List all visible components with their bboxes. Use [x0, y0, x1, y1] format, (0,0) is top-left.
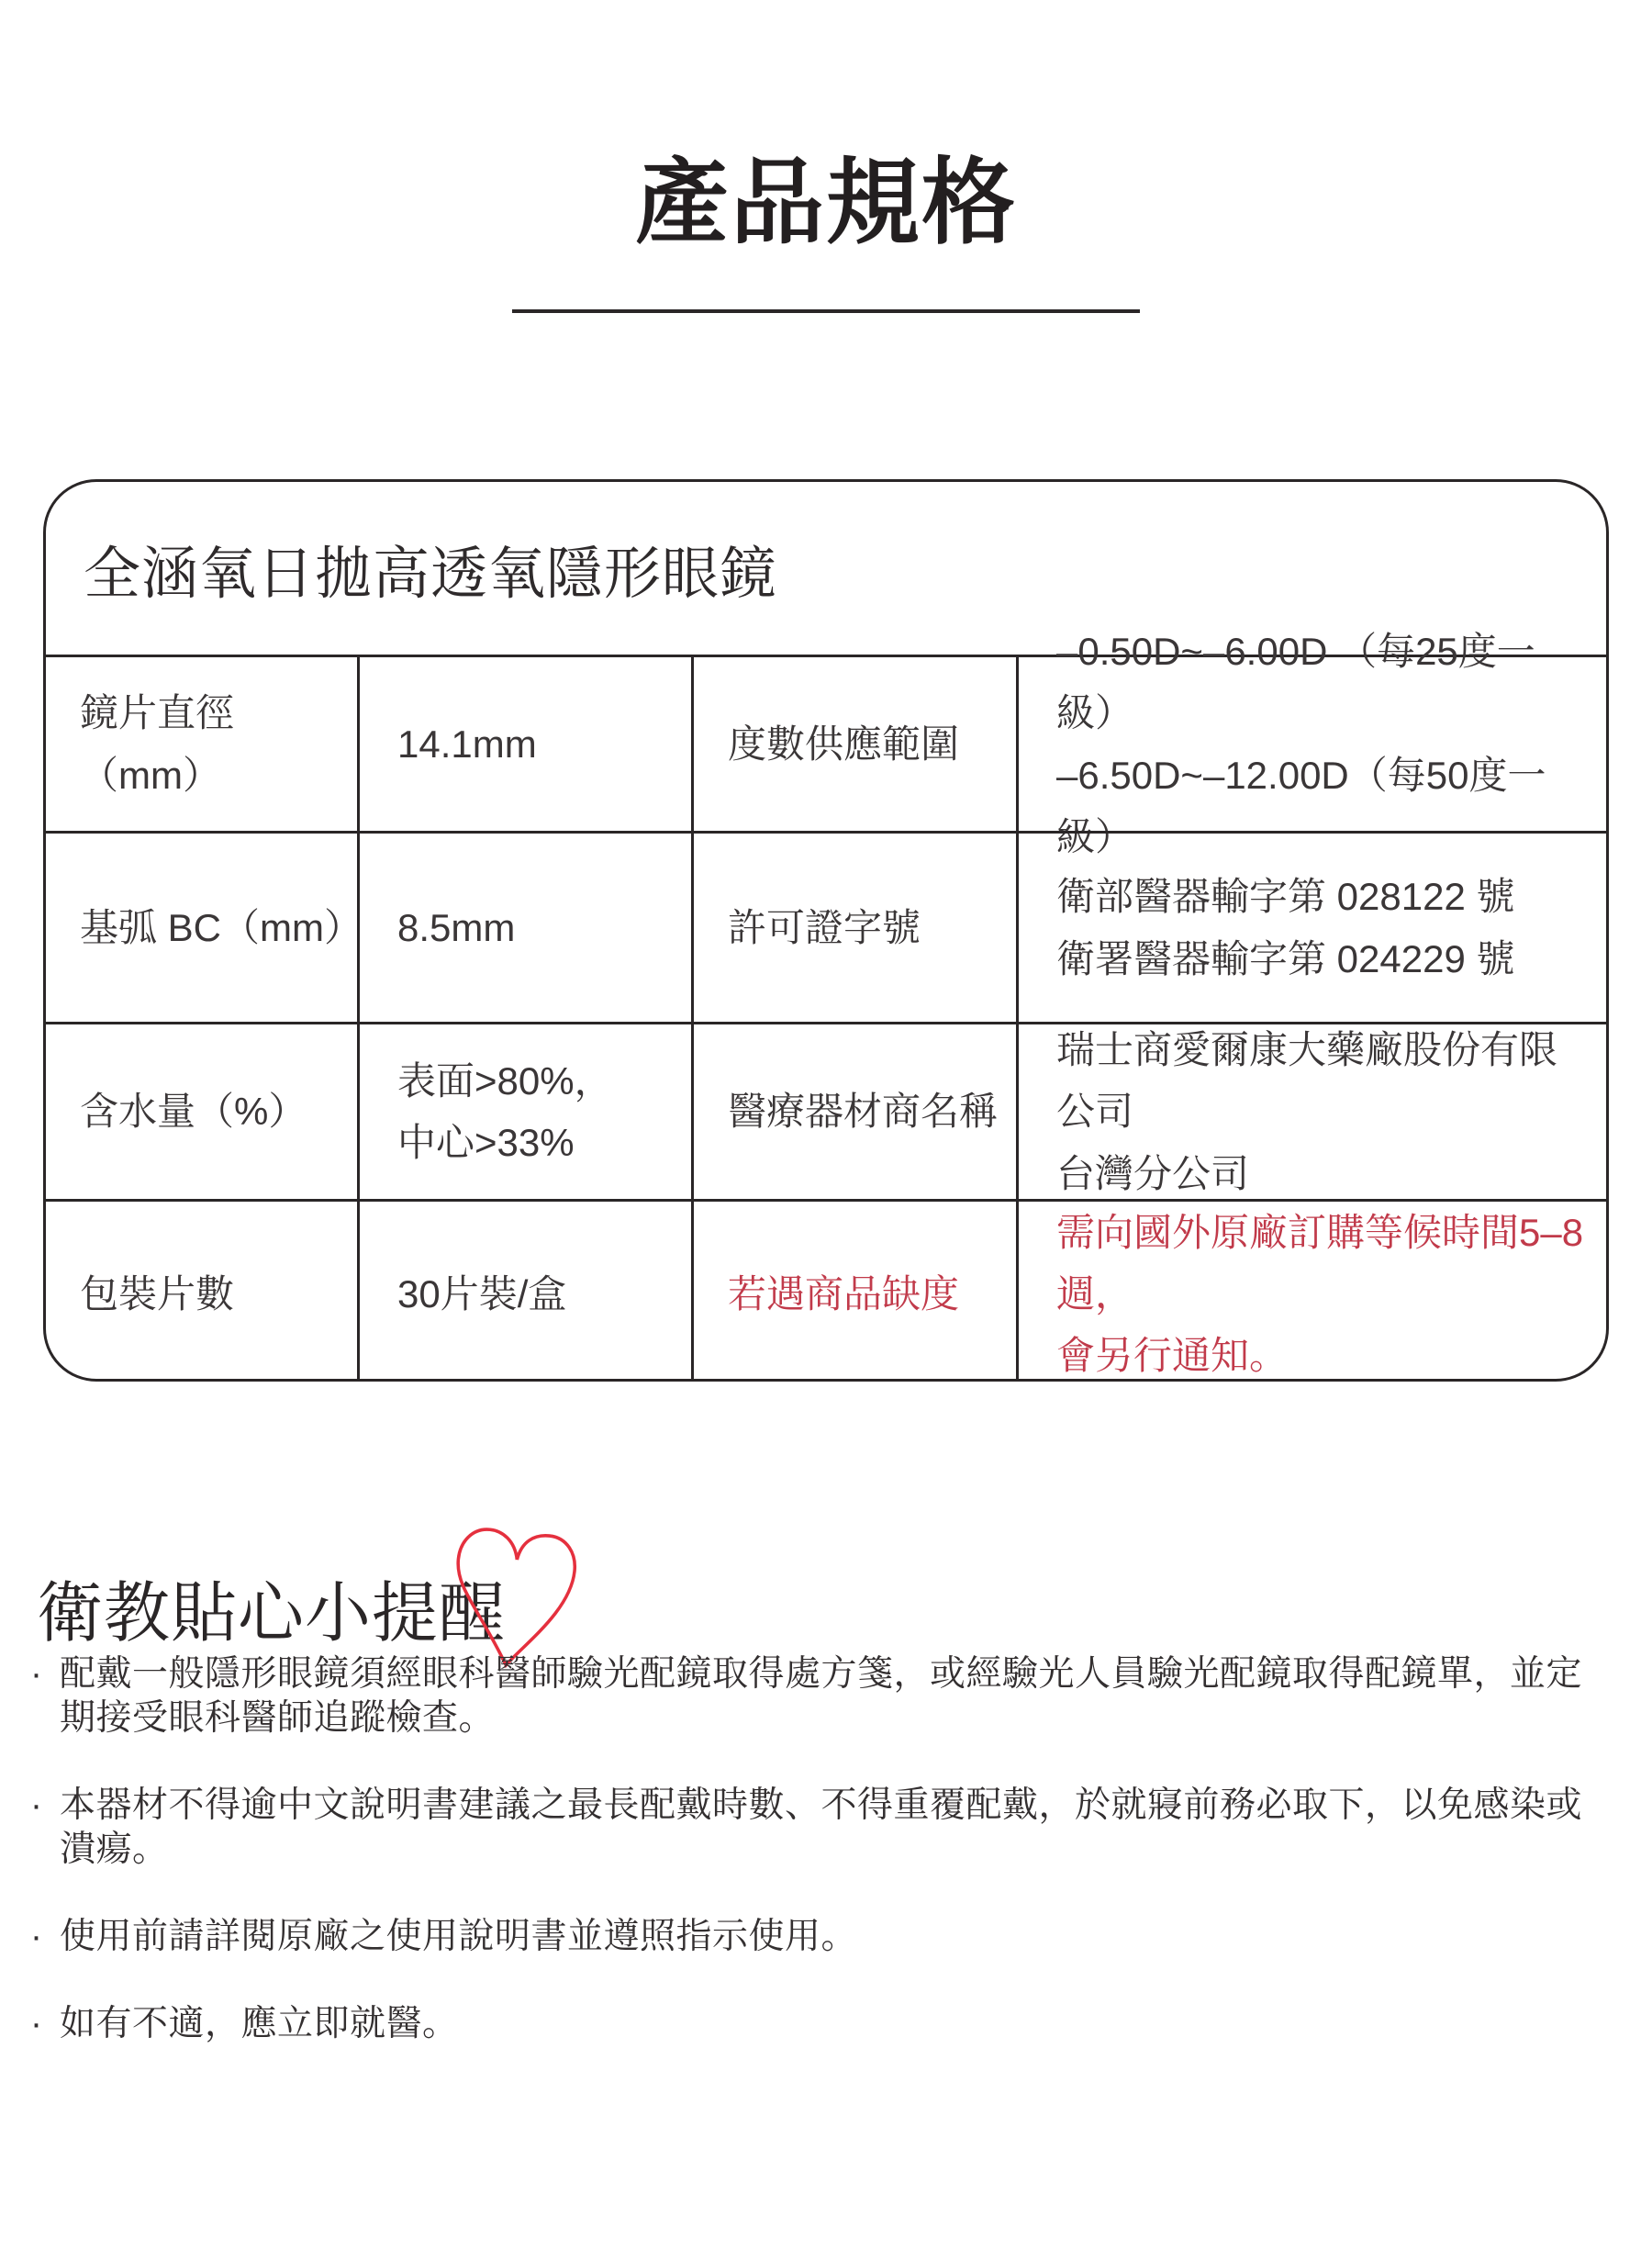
bullet-dot: ·: [30, 1915, 60, 1959]
spec-label-out-of-stock: 若遇商品缺度: [691, 1199, 1016, 1382]
spec-table: 全涵氧日拋高透氧隱形眼鏡 鏡片直徑（mm） 14.1mm 度數供應範圍 –0.5…: [43, 479, 1609, 1382]
spec-value-text: 14.1mm: [397, 713, 537, 775]
note-text: 如有不適，應立即就醫。: [60, 2002, 459, 2046]
list-item: · 使用前請詳閱原廠之使用說明書並遵照指示使用。: [30, 1915, 1632, 1959]
spec-value-text: 瑞士商愛爾康大藥廠股份有限公司 台灣分公司: [1056, 1019, 1593, 1204]
spec-label-lens-diameter: 鏡片直徑（mm）: [46, 655, 357, 831]
page-title: 產品規格: [0, 145, 1652, 263]
spec-value-text: 表面>80%， 中心>33%: [397, 1050, 613, 1173]
spec-label-text: 包裝片數: [80, 1263, 234, 1325]
spec-value-pack-count: 30片裝/盒: [357, 1199, 691, 1382]
health-notes-heading: 衛教貼心小提醒: [37, 1563, 506, 1666]
bullet-dot: ·: [30, 1652, 60, 1741]
list-item: · 本器材不得逾中文說明書建議之最長配戴時數、不得重覆配戴，於就寢前務必取下，以…: [30, 1784, 1632, 1872]
bullet-dot: ·: [30, 2002, 60, 2046]
spec-value-vendor-name: 瑞士商愛爾康大藥廠股份有限公司 台灣分公司: [1016, 1022, 1606, 1199]
note-text: 配戴一般隱形眼鏡須經眼科醫師驗光配鏡取得處方箋，或經驗光人員驗光配鏡取得配鏡單，…: [60, 1652, 1582, 1741]
title-underline: [512, 309, 1140, 313]
spec-label-power-range: 度數供應範圍: [691, 655, 1016, 831]
spec-label-license-number: 許可證字號: [691, 831, 1016, 1022]
health-notes-list: · 配戴一般隱形眼鏡須經眼科醫師驗光配鏡取得處方箋，或經驗光人員驗光配鏡取得配鏡…: [30, 1652, 1632, 2089]
note-text: 本器材不得逾中文說明書建議之最長配戴時數、不得重覆配戴，於就寢前務必取下，以免感…: [60, 1784, 1582, 1872]
spec-value-power-range: –0.50D~–6.00D （每25度一級） –6.50D~–12.00D（每5…: [1016, 655, 1606, 831]
spec-label-text: 醫療器材商名稱: [728, 1080, 998, 1142]
spec-value-text: 8.5mm: [397, 897, 515, 958]
spec-label-text: 許可證字號: [728, 897, 921, 958]
spec-label-pack-count: 包裝片數: [46, 1199, 357, 1382]
spec-value-out-of-stock: 需向國外原廠訂購等候時間5–8週， 會另行通知。: [1016, 1199, 1606, 1382]
product-spec-page: 產品規格 全涵氧日拋高透氧隱形眼鏡 鏡片直徑（mm） 14.1mm 度數供應範圍…: [0, 0, 1652, 2261]
list-item: · 配戴一般隱形眼鏡須經眼科醫師驗光配鏡取得處方箋，或經驗光人員驗光配鏡取得配鏡…: [30, 1652, 1632, 1741]
list-item: · 如有不適，應立即就醫。: [30, 2002, 1632, 2046]
spec-label-base-curve: 基弧 BC（mm）: [46, 831, 357, 1022]
bullet-dot: ·: [30, 1784, 60, 1872]
spec-value-water-content: 表面>80%， 中心>33%: [357, 1022, 691, 1199]
spec-value-license-number: 衛部醫器輸字第 028122 號 衛署醫器輸字第 024229 號: [1016, 831, 1606, 1022]
spec-value-text: 衛部醫器輸字第 028122 號 衛署醫器輸字第 024229 號: [1056, 866, 1515, 989]
spec-value-base-curve: 8.5mm: [357, 831, 691, 1022]
spec-label-text: 度數供應範圍: [728, 713, 959, 775]
spec-label-text: 鏡片直徑（mm）: [80, 682, 348, 805]
note-text: 使用前請詳閱原廠之使用說明書並遵照指示使用。: [60, 1915, 857, 1959]
spec-label-text: 基弧 BC（mm）: [80, 897, 348, 958]
spec-label-text: 若遇商品缺度: [728, 1263, 959, 1325]
spec-value-text: 30片裝/盒: [397, 1263, 566, 1325]
spec-label-vendor-name: 醫療器材商名稱: [691, 1022, 1016, 1199]
spec-label-water-content: 含水量（%）: [46, 1022, 357, 1199]
spec-value-lens-diameter: 14.1mm: [357, 655, 691, 831]
spec-value-text: 需向國外原廠訂購等候時間5–8週， 會另行通知。: [1056, 1202, 1593, 1382]
spec-label-text: 含水量（%）: [80, 1080, 307, 1142]
